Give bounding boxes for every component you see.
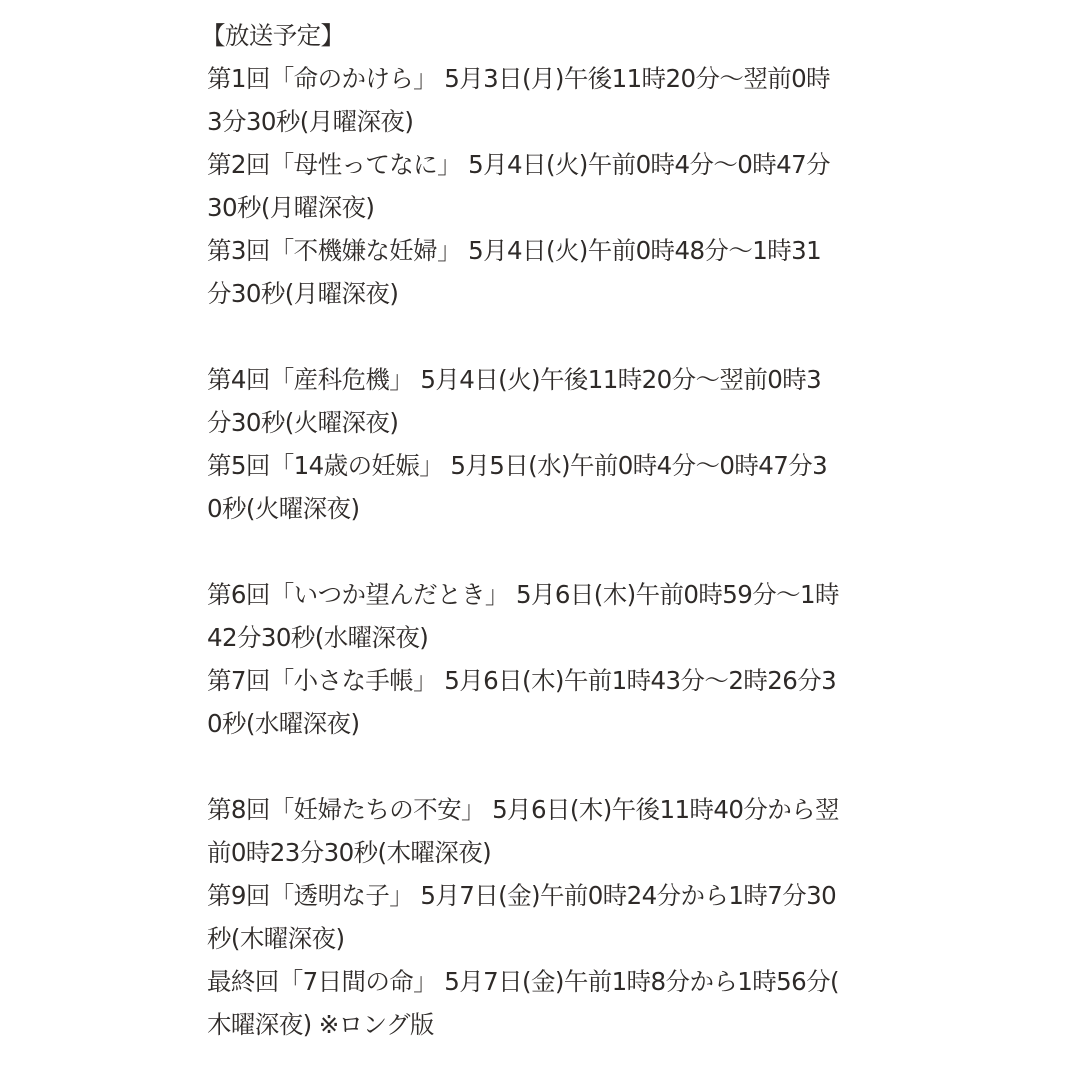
schedule-group-2: 第4回「産科危機」 5月4日(火)午後11時20分〜翌前0時3 分30秒(火曜深… — [207, 358, 887, 530]
schedule-line: 第8回「妊婦たちの不安」 5月6日(木)午後11時40分から翌 — [207, 788, 887, 831]
group-spacer — [207, 315, 887, 358]
schedule-line: 第5回「14歳の妊娠」 5月5日(水)午前0時4分〜0時47分3 — [207, 444, 887, 487]
schedule-line: 前0時23分30秒(木曜深夜) — [207, 831, 887, 874]
schedule-heading: 【放送予定】 — [201, 14, 887, 57]
schedule-line: 最終回「7日間の命」 5月7日(金)午前1時8分から1時56分( — [207, 960, 887, 1003]
schedule-line: 分30秒(火曜深夜) — [207, 401, 887, 444]
group-spacer — [207, 745, 887, 788]
schedule-line: 30秒(月曜深夜) — [207, 186, 887, 229]
schedule-line: 分30秒(月曜深夜) — [207, 272, 887, 315]
schedule-line: 第4回「産科危機」 5月4日(火)午後11時20分〜翌前0時3 — [207, 358, 887, 401]
schedule-group-3: 第6回「いつか望んだとき」 5月6日(木)午前0時59分〜1時 42分30秒(水… — [207, 573, 887, 745]
group-spacer — [207, 530, 887, 573]
schedule-line: 第6回「いつか望んだとき」 5月6日(木)午前0時59分〜1時 — [207, 573, 887, 616]
schedule-line: 第7回「小さな手帳」 5月6日(木)午前1時43分〜2時26分3 — [207, 659, 887, 702]
broadcast-schedule: 【放送予定】 第1回「命のかけら」 5月3日(月)午後11時20分〜翌前0時 3… — [207, 14, 887, 1046]
schedule-line: 3分30秒(月曜深夜) — [207, 100, 887, 143]
schedule-line: 第9回「透明な子」 5月7日(金)午前0時24分から1時7分30 — [207, 874, 887, 917]
schedule-group-1: 第1回「命のかけら」 5月3日(月)午後11時20分〜翌前0時 3分30秒(月曜… — [207, 57, 887, 315]
schedule-line: 0秒(火曜深夜) — [207, 487, 887, 530]
schedule-line: 0秒(水曜深夜) — [207, 702, 887, 745]
schedule-line: 第3回「不機嫌な妊婦」 5月4日(火)午前0時48分〜1時31 — [207, 229, 887, 272]
schedule-line: 42分30秒(水曜深夜) — [207, 616, 887, 659]
schedule-group-4: 第8回「妊婦たちの不安」 5月6日(木)午後11時40分から翌 前0時23分30… — [207, 788, 887, 1046]
schedule-line: 秒(木曜深夜) — [207, 917, 887, 960]
schedule-line: 木曜深夜) ※ロング版 — [207, 1003, 887, 1046]
schedule-line: 第2回「母性ってなに」 5月4日(火)午前0時4分〜0時47分 — [207, 143, 887, 186]
schedule-line: 第1回「命のかけら」 5月3日(月)午後11時20分〜翌前0時 — [207, 57, 887, 100]
